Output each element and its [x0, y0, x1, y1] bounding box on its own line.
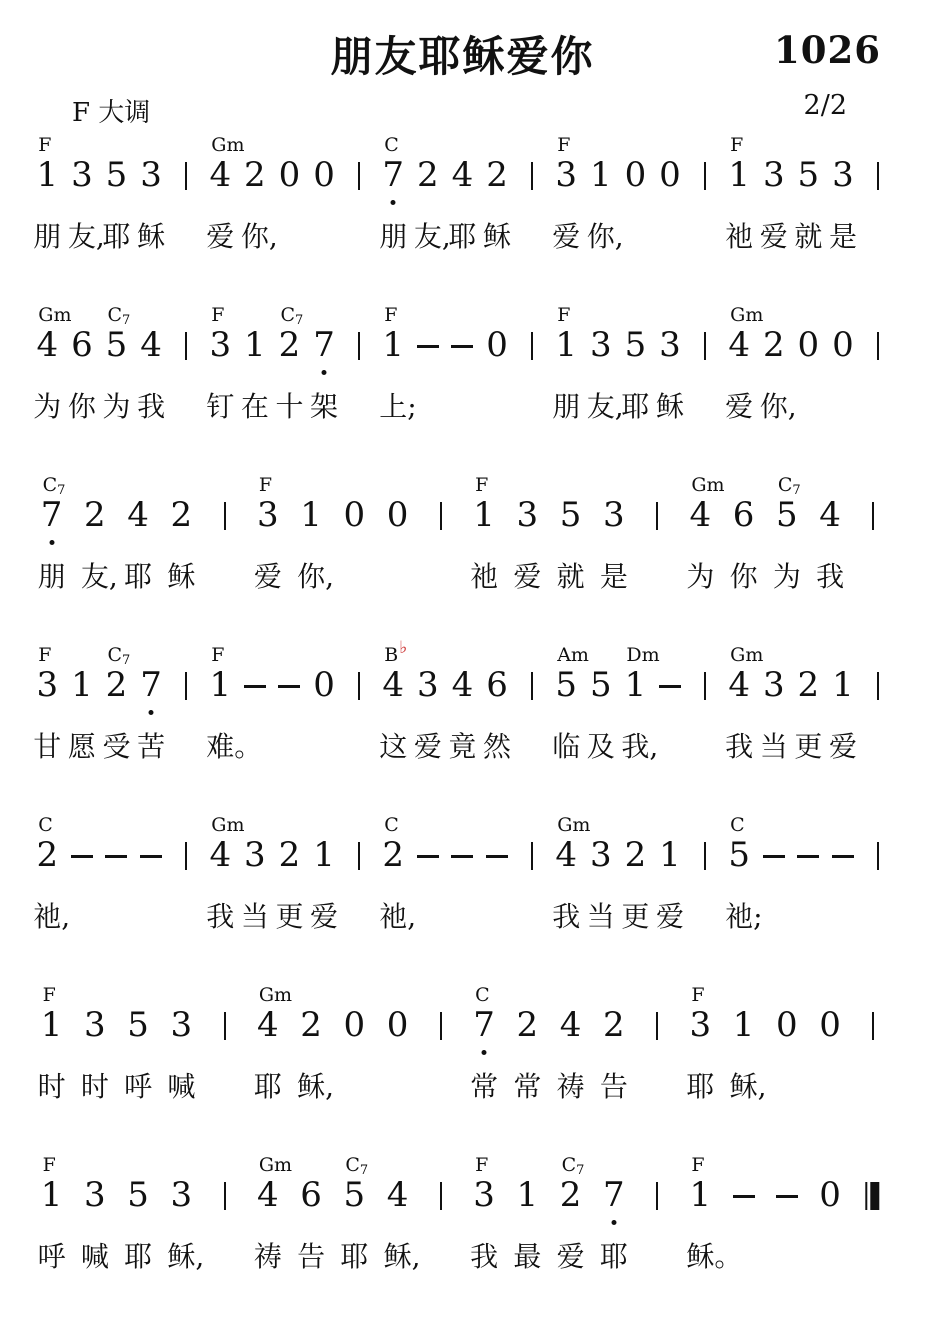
lyric-syllable: 为: [686, 560, 714, 594]
lyric-syllable: 这: [379, 730, 407, 764]
barline: [358, 842, 360, 870]
dash-token: [445, 817, 480, 962]
final-barline: [866, 1182, 880, 1210]
barline: [872, 1012, 874, 1040]
note-token: 2稣,: [290, 987, 333, 1132]
final-barline-thin: [866, 1182, 868, 1210]
barline-token: [860, 307, 895, 452]
chord-label: F: [691, 986, 704, 1005]
note-token: 0: [618, 137, 653, 282]
low-octave-dot: [149, 710, 154, 715]
note-number: 2: [417, 158, 439, 192]
chord-label: B♭: [384, 646, 407, 665]
music-system: 3F甘1愿2C7受7苦1F难。04B♭这3爱4竟6然5Am临5及1Dm我,4Gm…: [30, 647, 895, 792]
note-token: 3稣: [134, 137, 169, 282]
note-token: 3喊: [73, 1157, 116, 1302]
sheet-music-page: 朋友耶稣爱你 1026 F 大调 2/2 1F朋3友,5耶3稣4Gm爱2你,00…: [0, 0, 925, 1326]
lyric-syllable: 喊: [81, 1240, 109, 1274]
chord-seventh: 7: [122, 653, 130, 668]
note-token: 1在: [238, 307, 273, 452]
barline: [440, 1182, 442, 1210]
note-token: 2常: [506, 987, 549, 1132]
note-number: 2: [382, 838, 404, 872]
note-number: 0: [344, 498, 366, 532]
note-token: 3友,: [584, 307, 619, 452]
note-token: 4Gm爱: [722, 307, 757, 452]
dash-token: [791, 817, 826, 962]
lyric-syllable: 耶: [686, 1070, 714, 1104]
lyric-syllable: 就: [794, 220, 822, 254]
barline: [358, 672, 360, 700]
note-token: 1F时: [30, 987, 73, 1132]
note-number: 1: [517, 1178, 539, 1212]
barline-token: [860, 647, 895, 792]
note-number: 0: [832, 328, 854, 362]
lyric-syllable: 当: [760, 730, 788, 764]
duration-dash: [244, 685, 266, 688]
lyric-syllable: 祷: [254, 1240, 282, 1274]
note-number: 0: [387, 1008, 409, 1042]
dash-token: [765, 1157, 808, 1302]
barline: [877, 672, 879, 700]
low-octave-dot: [611, 1220, 616, 1225]
chord-label: C7: [778, 476, 801, 495]
note-number: 2: [279, 328, 301, 362]
lyric-syllable: 祂: [470, 560, 498, 594]
chord-label: C: [730, 816, 745, 835]
note-token: 1愿: [65, 647, 100, 792]
note-token: 1F祂: [463, 477, 506, 622]
note-number: 4: [728, 668, 750, 702]
note-number: 7: [473, 1008, 495, 1042]
lyric-syllable: 爱: [656, 900, 684, 934]
note-token: 3是: [592, 477, 635, 622]
note-number: 5: [625, 328, 647, 362]
note-number: 4: [257, 1178, 279, 1212]
lyric-syllable: 受: [102, 730, 130, 764]
note-token: 1稣,: [722, 987, 765, 1132]
barline-token: [687, 137, 722, 282]
barline: [872, 502, 874, 530]
note-token: 5C祂;: [722, 817, 757, 962]
note-token: 7耶: [592, 1157, 635, 1302]
dash-token: [826, 817, 861, 962]
note-token: 1F上;: [376, 307, 411, 452]
note-number: 2: [625, 838, 647, 872]
note-token: 3喊: [160, 987, 203, 1132]
note-number: 2: [486, 158, 508, 192]
note-token: 1F朋: [549, 307, 584, 452]
barline-token: [514, 307, 549, 452]
barline: [440, 502, 442, 530]
chord-seventh: 7: [57, 483, 65, 498]
lyric-syllable: 你: [68, 390, 96, 424]
lyric-syllable: 是: [600, 560, 628, 594]
lyric-syllable: 我: [816, 560, 844, 594]
duration-dash: [105, 855, 127, 858]
note-token: 0: [333, 477, 376, 622]
note-number: 2: [300, 1008, 322, 1042]
lyric-syllable: 爱: [206, 220, 234, 254]
note-number: 5: [127, 1178, 149, 1212]
note-token: 3稣: [653, 307, 688, 452]
duration-dash: [417, 345, 439, 348]
note-token: 3友,: [65, 137, 100, 282]
note-number: 6: [71, 328, 93, 362]
note-token: 4Gm我: [203, 817, 238, 962]
barline: [531, 332, 533, 360]
barline: [440, 1012, 442, 1040]
chord-label: F: [211, 306, 224, 325]
lyric-syllable: 为: [33, 390, 61, 424]
note-token: 7C7朋: [30, 477, 73, 622]
note-token: 6你: [722, 477, 765, 622]
lyric-syllable: 然: [483, 730, 511, 764]
lyric-syllable: 甘: [33, 730, 61, 764]
note-token: 2友,: [73, 477, 116, 622]
note-number: 3: [84, 1178, 106, 1212]
flat-symbol: ♭: [399, 638, 407, 658]
lyric-syllable: 爱: [552, 220, 580, 254]
barline-token: [341, 817, 376, 962]
note-number: 4: [452, 158, 474, 192]
lyric-syllable: 耶: [621, 390, 649, 424]
note-number: 6: [300, 1178, 322, 1212]
note-token: 3爱: [756, 137, 791, 282]
chord-label: F: [259, 476, 272, 495]
note-number: 4: [728, 328, 750, 362]
lyric-syllable: 在: [241, 390, 269, 424]
lyric-syllable: 告: [600, 1070, 628, 1104]
note-number: 1: [733, 1008, 755, 1042]
low-octave-dot: [482, 1050, 487, 1055]
note-token: 5就: [549, 477, 592, 622]
note-token: 1F稣。: [679, 1157, 722, 1302]
note-number: 0: [798, 328, 820, 362]
lyric-syllable: 祂: [725, 220, 753, 254]
barline: [656, 1012, 658, 1040]
barline-token: [514, 817, 549, 962]
duration-dash: [278, 685, 300, 688]
note-number: 3: [590, 328, 612, 362]
lyric-syllable: 稣: [167, 560, 195, 594]
note-token: 4B♭这: [376, 647, 411, 792]
lyric-syllable: 爱: [254, 560, 282, 594]
note-number: 5: [555, 668, 577, 702]
note-number: 5: [127, 1008, 149, 1042]
barline: [185, 162, 187, 190]
lyric-syllable: 爱: [513, 560, 541, 594]
chord-label: C7: [43, 476, 66, 495]
note-token: 7C常: [463, 987, 506, 1132]
lyric-syllable: 时: [81, 1070, 109, 1104]
lyric-syllable: 稣,: [297, 1070, 334, 1104]
music-systems: 1F朋3友,5耶3稣4Gm爱2你,007C朋2友,4耶2稣3F爱1你,001F祂…: [0, 0, 925, 1326]
lyric-syllable: 十: [275, 390, 303, 424]
note-token: 5呼: [117, 987, 160, 1132]
note-token: 4耶: [117, 477, 160, 622]
barline-token: [168, 647, 203, 792]
note-number: 5: [344, 1178, 366, 1212]
note-number: 1: [71, 668, 93, 702]
note-token: 0: [791, 307, 826, 452]
chord-seventh: 7: [122, 313, 130, 328]
lyric-syllable: 钉: [206, 390, 234, 424]
barline-token: [852, 987, 895, 1132]
note-token: 0: [765, 987, 808, 1132]
note-token: 5C7为: [99, 307, 134, 452]
note-number: 3: [763, 158, 785, 192]
note-token: 2稣: [160, 477, 203, 622]
lyric-syllable: 爱: [414, 730, 442, 764]
note-token: 1你,: [584, 137, 619, 282]
lyric-syllable: 当: [587, 900, 615, 934]
chord-label: Gm: [259, 1156, 292, 1175]
note-token: 6然: [480, 647, 515, 792]
lyric-syllable: 我: [725, 730, 753, 764]
lyric-syllable: 爱: [760, 220, 788, 254]
lyric-syllable: 稣,: [167, 1240, 204, 1274]
chord-seventh: 7: [295, 313, 303, 328]
note-token: 2C7受: [99, 647, 134, 792]
lyric-syllable: 常: [513, 1070, 541, 1104]
note-token: 2C7十: [272, 307, 307, 452]
note-token: 3F爱: [549, 137, 584, 282]
chord-label: C: [475, 986, 490, 1005]
note-token: 2更: [272, 817, 307, 962]
note-number: 5: [560, 498, 582, 532]
barline: [224, 1182, 226, 1210]
barline-token: [514, 137, 549, 282]
lyric-syllable: 愿: [68, 730, 96, 764]
barline-token: [514, 647, 549, 792]
note-number: 0: [776, 1008, 798, 1042]
note-number: 3: [417, 668, 439, 702]
note-number: 3: [140, 158, 162, 192]
barline-token: [203, 987, 246, 1132]
note-number: 7: [603, 1178, 625, 1212]
lyric-syllable: 爱: [829, 730, 857, 764]
chord-label: C: [384, 136, 399, 155]
barline-token: [860, 817, 895, 962]
barline: [185, 332, 187, 360]
chord-seventh: 7: [576, 1163, 584, 1178]
barline-token: [168, 817, 203, 962]
note-number: 2: [279, 838, 301, 872]
barline-token: [636, 1157, 679, 1302]
chord-seventh: 7: [792, 483, 800, 498]
note-token: 3稣,: [160, 1157, 203, 1302]
barline-token: [852, 477, 895, 622]
note-token: 0: [376, 477, 419, 622]
note-number: 3: [603, 498, 625, 532]
note-token: 2你,: [756, 307, 791, 452]
barline: [358, 162, 360, 190]
chord-label: F: [557, 136, 570, 155]
note-number: 1: [625, 668, 647, 702]
note-number: 3: [555, 158, 577, 192]
note-token: 4Gm我: [549, 817, 584, 962]
barline-token: [341, 647, 376, 792]
note-number: 7: [140, 668, 162, 702]
note-token: 3当: [756, 647, 791, 792]
note-number: 5: [590, 668, 612, 702]
note-number: 3: [244, 838, 266, 872]
lyric-syllable: 朋: [38, 560, 66, 594]
note-number: 2: [798, 668, 820, 702]
lyric-syllable: 爱: [725, 390, 753, 424]
note-number: 3: [832, 158, 854, 192]
barline-token: [419, 477, 462, 622]
note-token: 6告: [290, 1157, 333, 1302]
low-octave-dot: [391, 200, 396, 205]
dash-token: [272, 647, 307, 792]
note-number: 3: [209, 328, 231, 362]
barline: [224, 502, 226, 530]
note-token: 4Gm为: [679, 477, 722, 622]
note-token: 5耶: [117, 1157, 160, 1302]
note-number: 0: [279, 158, 301, 192]
chord-label: C: [384, 816, 399, 835]
note-number: 5: [776, 498, 798, 532]
lyric-syllable: 稣,: [384, 1240, 421, 1274]
note-number: 0: [625, 158, 647, 192]
dash-token: [134, 817, 169, 962]
note-number: 2: [106, 668, 128, 702]
note-token: 3F钉: [203, 307, 238, 452]
lyric-syllable: 呼: [38, 1240, 66, 1274]
barline-token: [636, 477, 679, 622]
chord-label: C7: [107, 306, 130, 325]
note-token: 4我: [134, 307, 169, 452]
note-token: 5Am临: [549, 647, 584, 792]
note-number: 1: [832, 668, 854, 702]
barline-token: [636, 987, 679, 1132]
lyric-syllable: 就: [557, 560, 585, 594]
note-token: 1F呼: [30, 1157, 73, 1302]
note-token: 4Gm祷: [246, 1157, 289, 1302]
note-token: 7架: [307, 307, 342, 452]
note-token: 5C7耶: [333, 1157, 376, 1302]
chord-label: F: [43, 986, 56, 1005]
barline-token: [687, 307, 722, 452]
note-token: 1爱: [826, 647, 861, 792]
dash-token: [756, 817, 791, 962]
low-octave-dot: [322, 370, 327, 375]
note-number: 1: [209, 668, 231, 702]
chord-label: F: [43, 1156, 56, 1175]
note-number: 2: [36, 838, 58, 872]
chord-label: C: [38, 816, 53, 835]
note-number: 6: [486, 668, 508, 702]
note-token: 7苦: [134, 647, 169, 792]
lyric-syllable: 我: [470, 1240, 498, 1274]
lyric-syllable: 我: [552, 900, 580, 934]
lyric-syllable: 喊: [167, 1070, 195, 1104]
chord-label: Gm: [691, 476, 724, 495]
lyric-syllable: 耶: [600, 1240, 628, 1274]
note-number: 1: [690, 1178, 712, 1212]
lyric-syllable: 耶: [124, 1240, 152, 1274]
note-token: 5耶: [99, 137, 134, 282]
lyric-syllable: 稣: [483, 220, 511, 254]
note-token: 7C朋: [376, 137, 411, 282]
chord-label: F: [691, 1156, 704, 1175]
barline: [704, 162, 706, 190]
note-number: 1: [244, 328, 266, 362]
barline-token: [687, 647, 722, 792]
lyric-syllable: 祷: [557, 1070, 585, 1104]
lyric-syllable: 最: [513, 1240, 541, 1274]
note-number: 5: [798, 158, 820, 192]
note-number: 0: [313, 158, 335, 192]
note-token: 4Gm耶: [246, 987, 289, 1132]
barline-token: [203, 1157, 246, 1302]
note-token: 3F爱: [246, 477, 289, 622]
note-number: 4: [257, 1008, 279, 1042]
chord-label: C7: [107, 646, 130, 665]
note-number: 4: [382, 668, 404, 702]
note-number: 1: [300, 498, 322, 532]
lyric-syllable: 友,: [81, 560, 118, 594]
barline: [877, 332, 879, 360]
note-number: 4: [36, 328, 58, 362]
barline: [531, 672, 533, 700]
barline: [185, 672, 187, 700]
music-system: 1F呼3喊5耶3稣,4Gm祷6告5C7耶4稣,3F我1最2C7爱7耶1F稣。0: [30, 1157, 895, 1302]
note-number: 2: [244, 158, 266, 192]
lyric-syllable: 稣,: [730, 1070, 767, 1104]
note-number: 2: [603, 1008, 625, 1042]
note-number: 3: [36, 668, 58, 702]
note-token: 3当: [584, 817, 619, 962]
lyric-syllable: 我: [206, 900, 234, 934]
note-token: 4Gm为: [30, 307, 65, 452]
duration-dash: [417, 855, 439, 858]
note-number: 5: [106, 328, 128, 362]
note-token: 5耶: [618, 307, 653, 452]
barline: [877, 842, 879, 870]
low-octave-dot: [49, 540, 54, 545]
note-number: 2: [763, 328, 785, 362]
barline-token: [168, 137, 203, 282]
note-number: 2: [517, 1008, 539, 1042]
note-number: 3: [763, 668, 785, 702]
note-token: 3爱: [411, 647, 446, 792]
duration-dash: [451, 345, 473, 348]
dash-token: [65, 817, 100, 962]
note-number: 1: [41, 1008, 63, 1042]
barline-token: [419, 987, 462, 1132]
note-token: 5C7为: [765, 477, 808, 622]
note-number: 1: [659, 838, 681, 872]
note-token: 4耶: [445, 137, 480, 282]
chord-label: F: [730, 136, 743, 155]
note-number: 1: [36, 158, 58, 192]
lyric-syllable: 我: [137, 390, 165, 424]
note-token: 3F耶: [679, 987, 722, 1132]
lyric-syllable: 为: [102, 390, 130, 424]
note-number: 4: [209, 838, 231, 872]
note-number: 4: [690, 498, 712, 532]
note-number: 1: [382, 328, 404, 362]
final-barline-thick: [871, 1182, 880, 1210]
note-number: 6: [733, 498, 755, 532]
dash-token: [99, 817, 134, 962]
note-token: 3F甘: [30, 647, 65, 792]
barline-token: [341, 307, 376, 452]
note-token: 1爱: [307, 817, 342, 962]
